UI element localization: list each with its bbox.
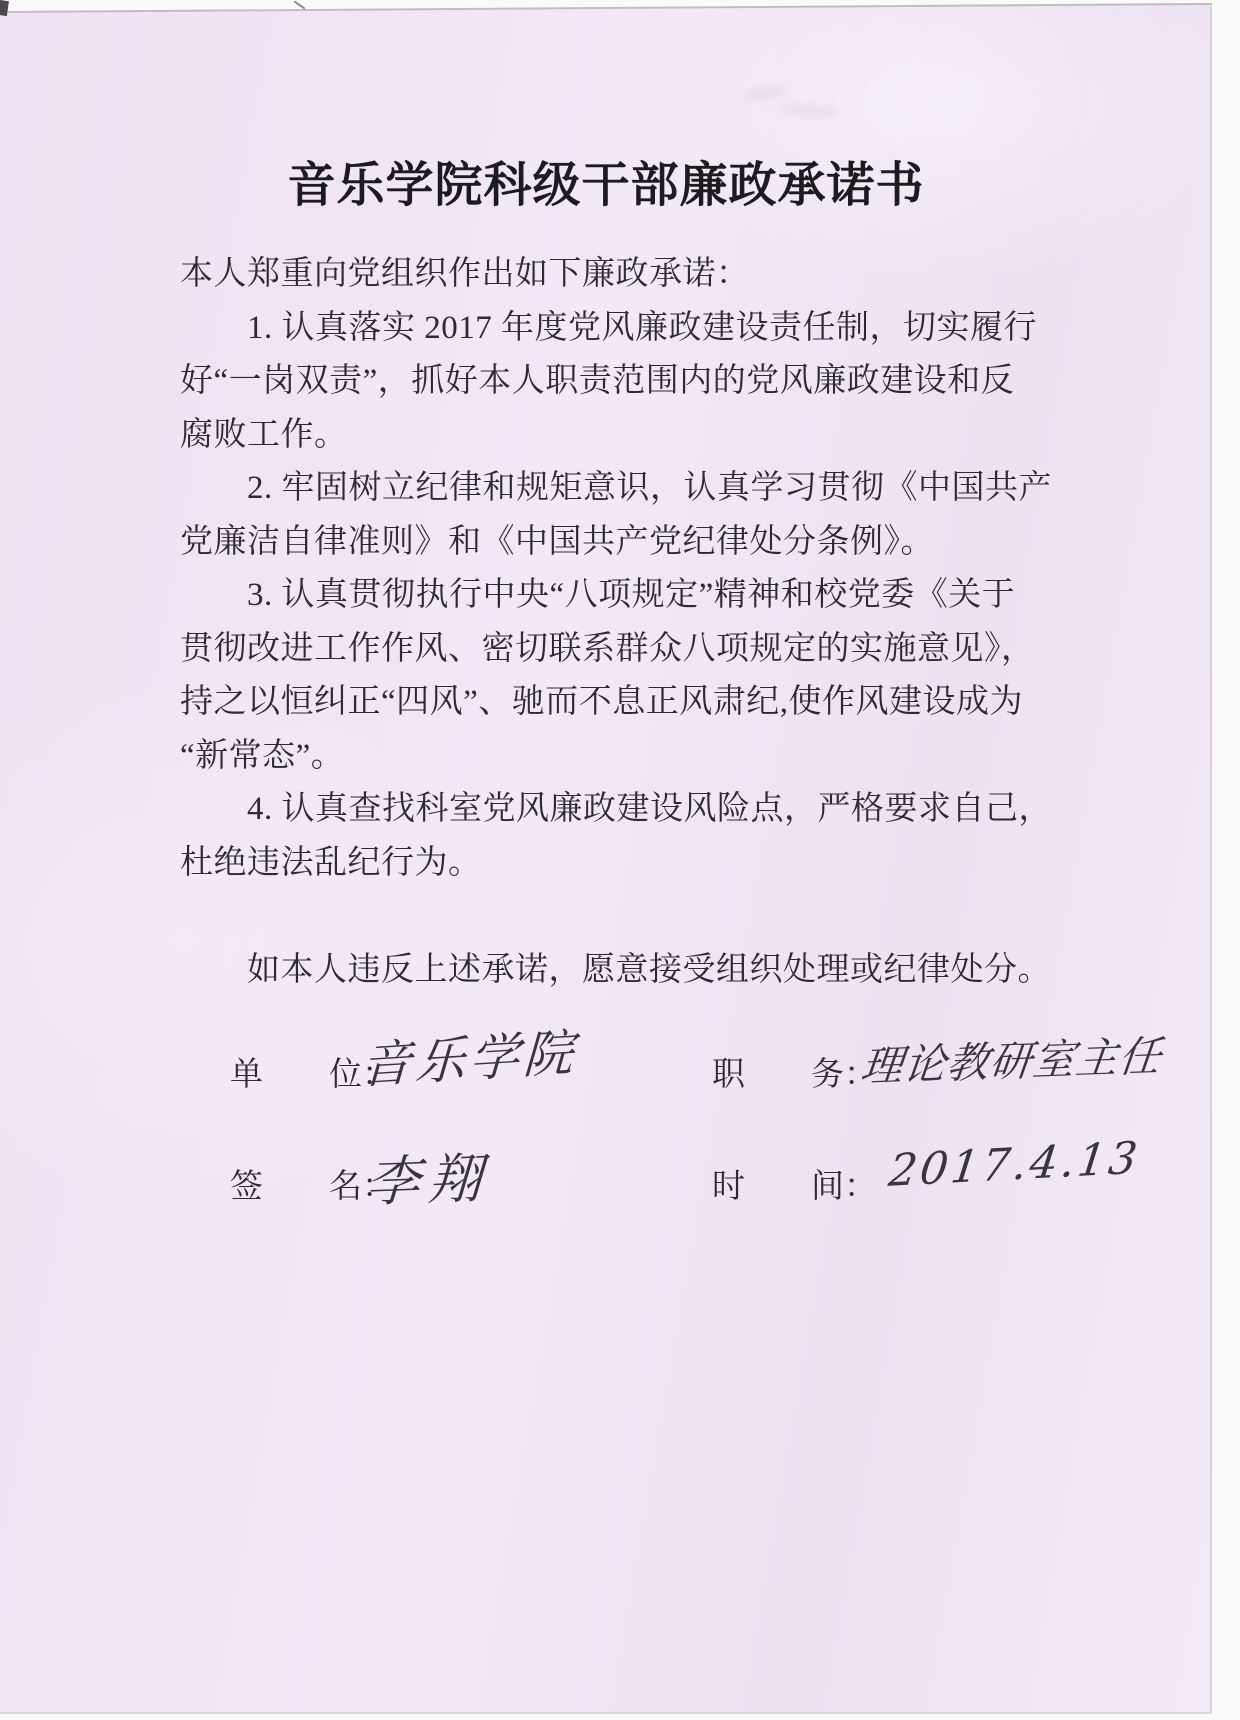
body-line: 持之以恒纠正“四风”、驰而不息正风肃纪,使作风建设成为 (180, 676, 1086, 730)
body-line: 杜绝违法乱纪行为。 (180, 837, 1086, 891)
body-line: 1. 认真落实 2017 年度党风廉政建设责任制，切实履行 (180, 302, 1086, 356)
body-line: 党廉洁自律准则》和《中国共产党纪律处分条例》。 (180, 516, 1086, 570)
body-line: 4. 认真查找科室党风廉政建设风险点，严格要求自己， (180, 783, 1086, 837)
body-line: “新常态”。 (180, 730, 1086, 784)
handwritten-unit-value: 音乐学院 (360, 1012, 579, 1098)
closing-line: 如本人违反上述承诺，愿意接受组织处理或纪律处分。 (180, 944, 1086, 998)
document-body: 本人郑重向党组织作出如下廉政承诺： 1. 认真落实 2017 年度党风廉政建设责… (180, 248, 1086, 997)
document-title: 音乐学院科级干部廉政承诺书 (0, 146, 1212, 215)
body-line: 本人郑重向党组织作出如下廉政承诺： (180, 248, 1086, 302)
date-label: 时 间： (712, 1160, 877, 1207)
scanned-document: 音乐学院科级干部廉政承诺书 本人郑重向党组织作出如下廉政承诺： 1. 认真落实 … (0, 0, 1240, 1720)
body-line: 腐败工作。 (180, 409, 1086, 463)
handwritten-duty-value: 理论教研室主任 (858, 1023, 1165, 1094)
paper-right-edge (1210, 6, 1212, 1712)
body-line: 好“一岗双责”，抓好本人职责范围内的党风廉政建设和反 (180, 355, 1086, 409)
body-line: 3. 认真贯彻执行中央“八项规定”精神和校党委《关于 (180, 569, 1086, 623)
handwritten-signature: 李翔 (364, 1135, 492, 1217)
body-line: 2. 牢固树立纪律和规矩意识，认真学习贯彻《中国共产 (180, 462, 1086, 516)
paper-bottom-edge (0, 1712, 1212, 1714)
duty-label: 职 务： (712, 1048, 877, 1095)
body-line: 贯彻改进工作作风、密切联系群众八项规定的实施意见》， (180, 623, 1086, 677)
